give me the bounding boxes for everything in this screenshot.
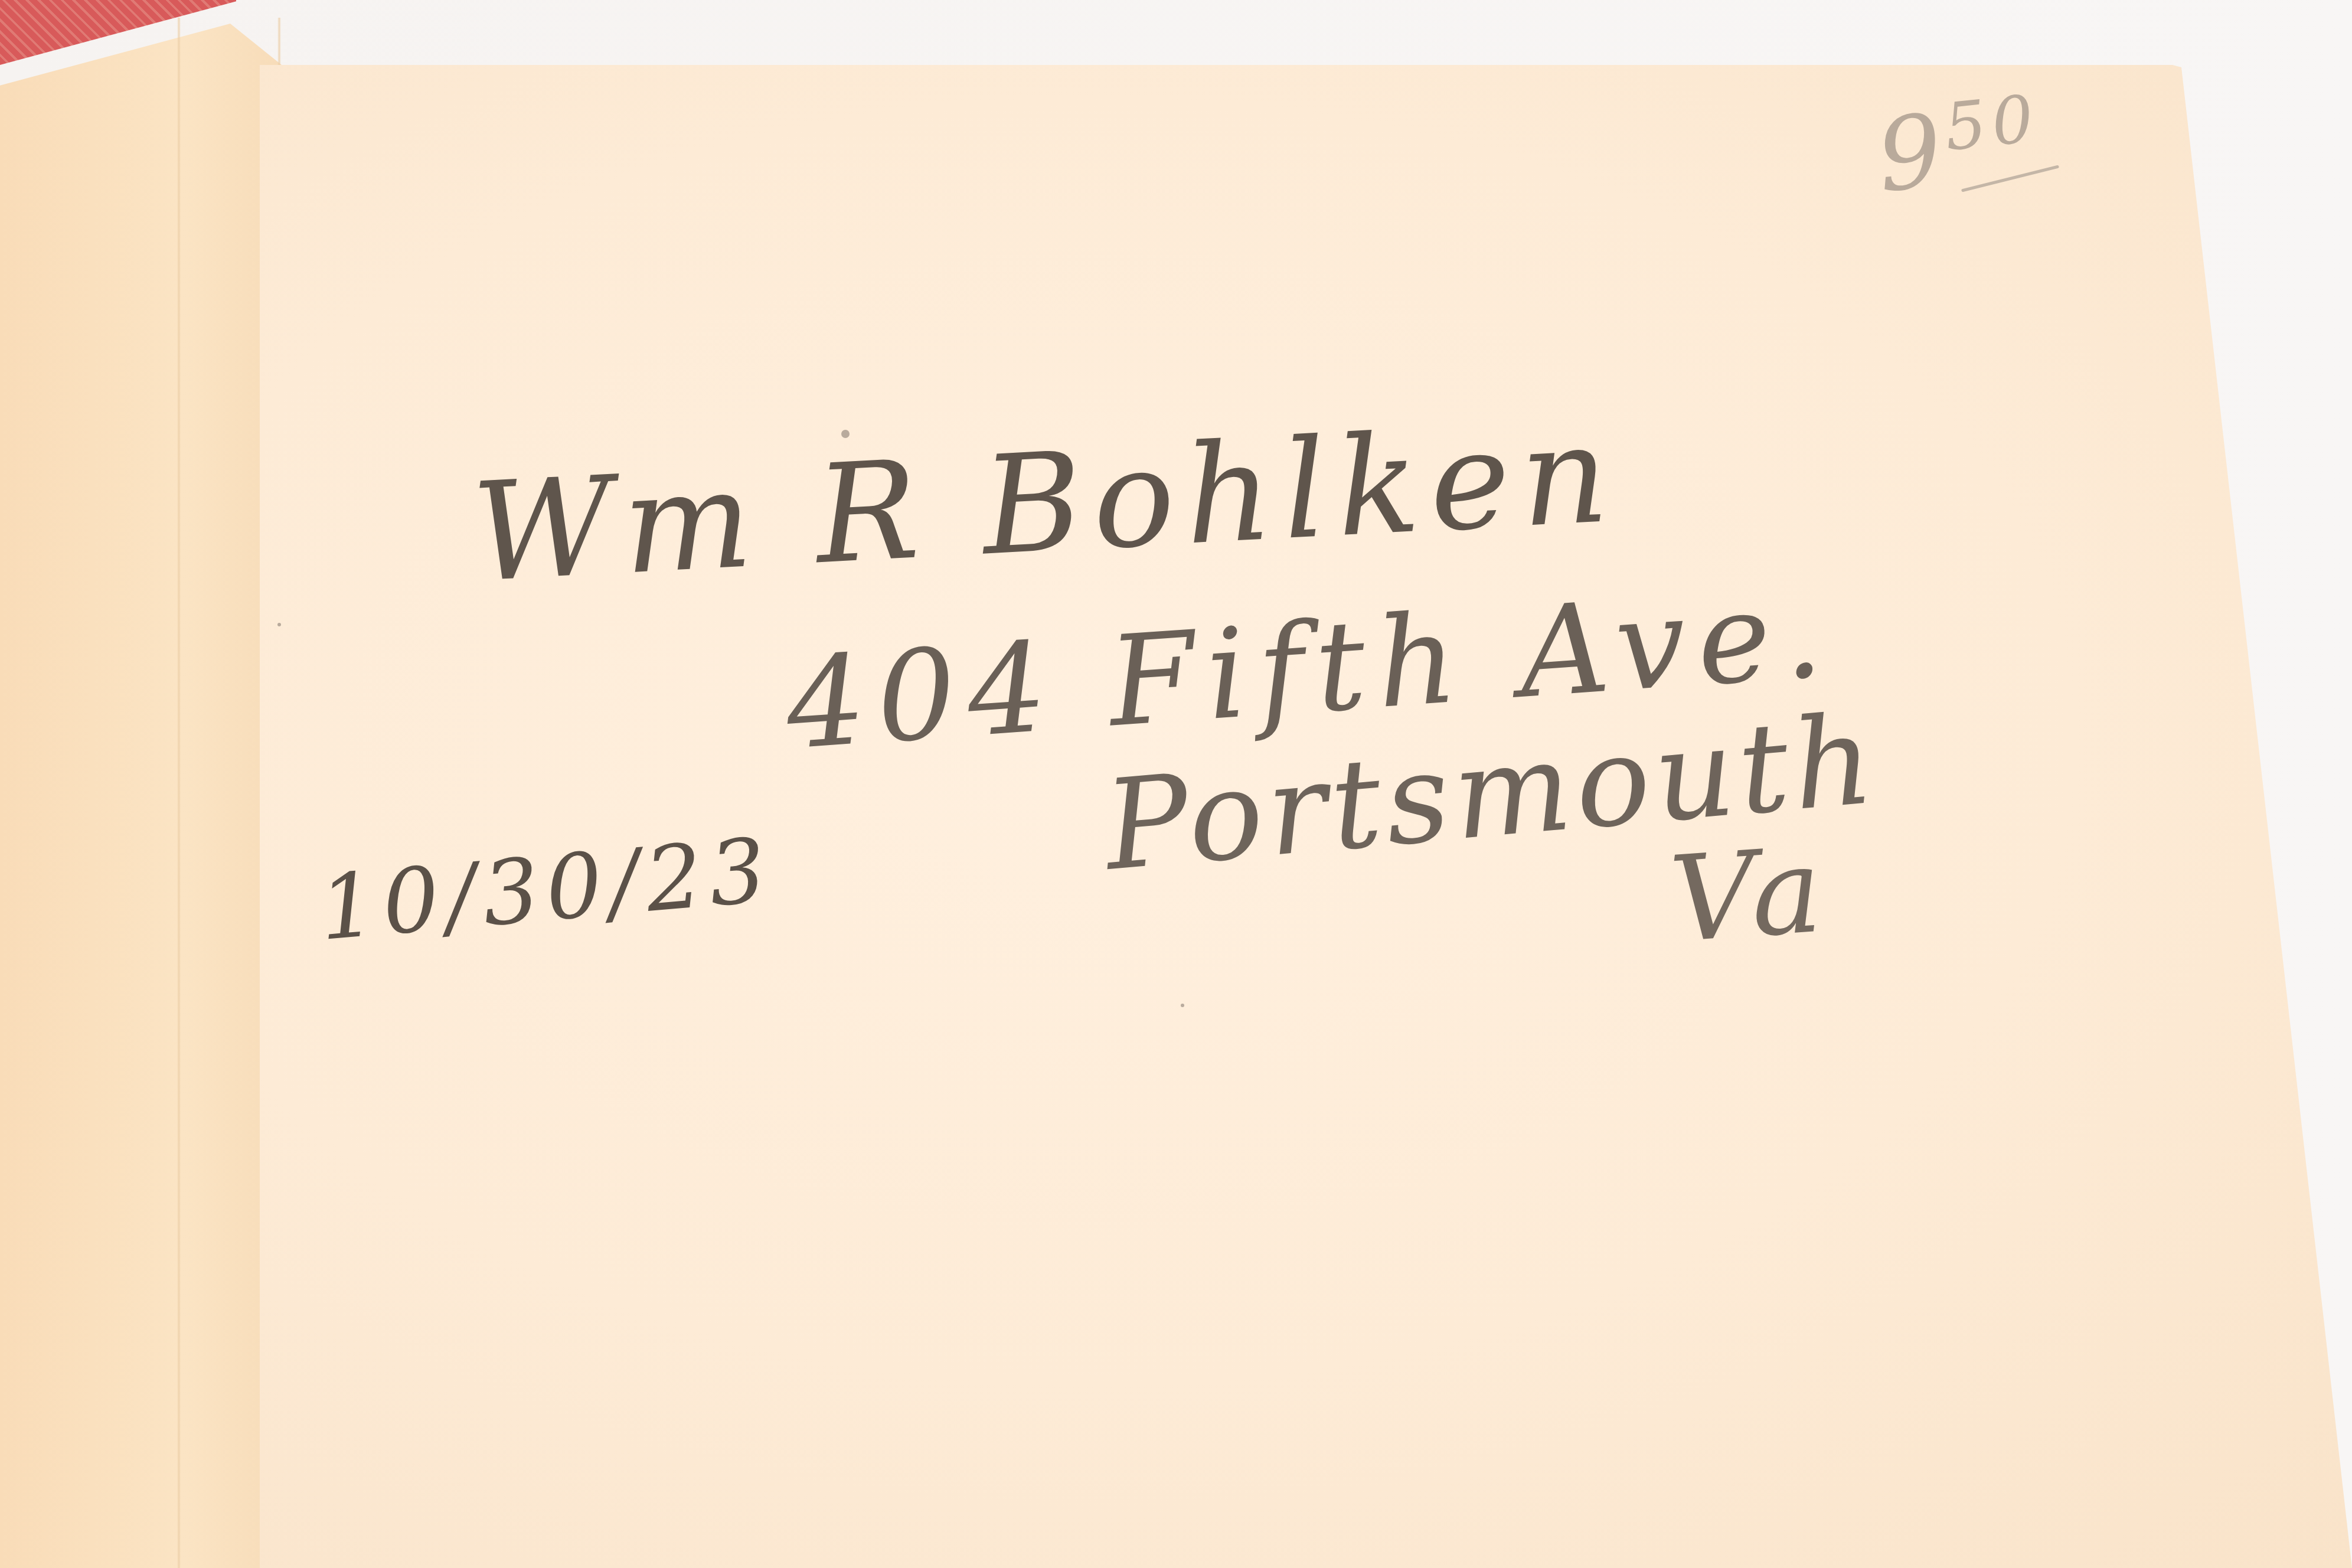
price-cents: 50 — [1941, 80, 2043, 165]
owner-state: Va — [1666, 821, 1832, 969]
price-dollars: 9 — [1872, 92, 1954, 215]
pencil-price: 950 — [1871, 80, 2047, 215]
gutter-fold-line — [177, 18, 181, 1568]
book-photo: 950 Wm R Bohlken 404 Fifth Ave. Portsmou… — [0, 0, 2352, 1568]
foxing-spot — [841, 430, 850, 438]
foxing-spot — [1181, 1004, 1184, 1007]
foxing-spot — [277, 623, 281, 626]
